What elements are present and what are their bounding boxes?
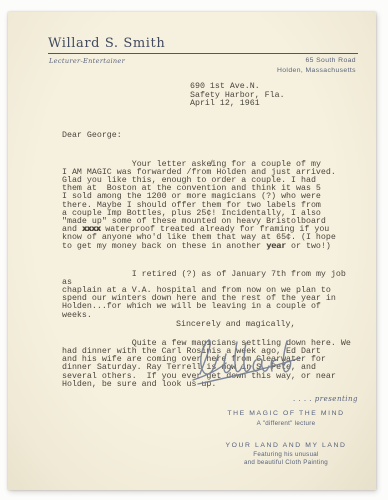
signature [188,332,304,394]
overtyped-word: year [266,242,286,251]
letter-paper: Willard S. Smith Lecturer-Entertainer 65… [8,12,376,490]
paragraph-1-text-a: Your letter aske̸ing for a couple of my … [62,160,336,235]
program2-subtitle-2: and beautiful Cloth Painting [212,459,360,467]
program2-subtitle-1: Featuring his unusual [212,451,360,459]
letterhead-name: Willard S. Smith [48,36,165,51]
footer-programs: . . . . presenting THE MAGIC OF THE MIND… [212,395,360,467]
scanned-letter-photo: Willard S. Smith Lecturer-Entertainer 65… [0,0,388,500]
letterhead-address-line1: 65 South Road [277,56,356,66]
program2-title: YOUR LAND AND MY LAND [212,442,360,449]
letterhead-address-line2: Holden, Massachusetts [277,66,356,76]
salutation: Dear George: [62,132,358,140]
program1-title: THE MAGIC OF THE MIND [212,410,360,417]
letterhead-rule [48,53,358,54]
program1-subtitle: A "different" lecture [212,420,360,428]
paragraph-1-text-c: or two!) [286,242,331,251]
letterhead-address: 65 South Road Holden, Massachusetts [277,56,356,75]
paragraph-1: Your letter aske̸ing for a couple of my … [62,161,358,251]
paragraph-2: I retired (?) as of January 7th from my … [62,271,358,320]
presenting-label: . . . . presenting [212,395,358,403]
sender-address-block: 690 1st Ave.N. Safety Harbor, Fla. April… [190,83,285,109]
closing-line: Sincerely and magically, [176,320,296,329]
letterhead-subtitle: Lecturer-Entertainer [49,57,125,65]
signature-stroke [193,340,300,384]
